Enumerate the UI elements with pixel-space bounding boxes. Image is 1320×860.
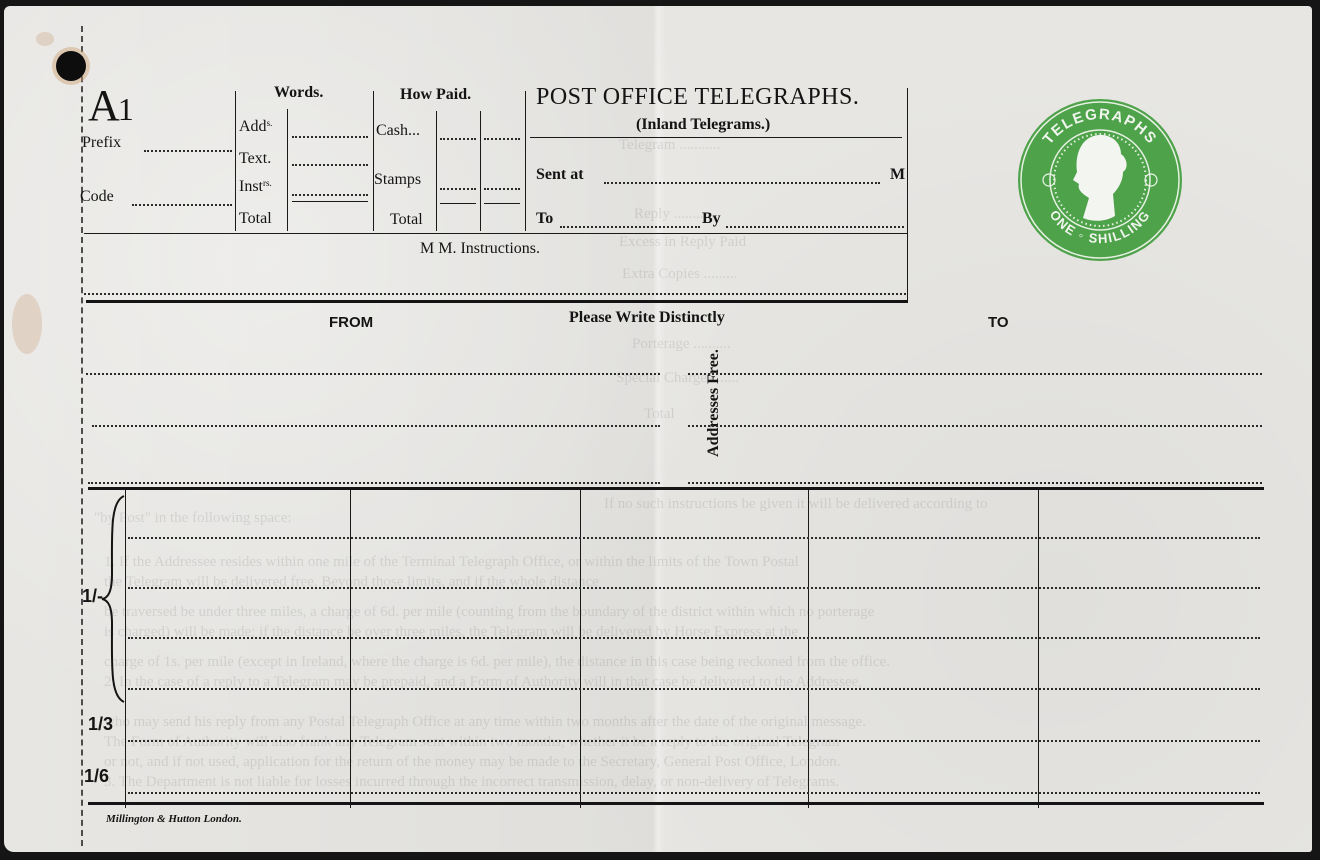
words-add-label: Adds. (239, 118, 272, 136)
words-add-field[interactable] (292, 136, 368, 138)
ghost-text: charge of 1s. per mile (except in Irelan… (104, 654, 890, 671)
ghost-text: or not, and if not used, application for… (104, 754, 840, 771)
rate-label: 1/6 (84, 766, 109, 787)
ghost-text: 1. If the Addressee resides within one m… (104, 554, 799, 571)
divider (235, 91, 236, 231)
sent-at-label: Sent at (536, 166, 584, 184)
words-inst-label: Instrs. (239, 178, 272, 196)
code-field[interactable] (132, 204, 232, 206)
divider (440, 203, 476, 204)
words-total-label: Total (239, 210, 272, 228)
message-line-2[interactable] (128, 587, 1260, 589)
form-title: POST OFFICE TELEGRAPHS. (536, 84, 859, 111)
thick-rule (88, 802, 1264, 805)
words-text-field[interactable] (292, 164, 368, 166)
sent-at-field[interactable] (604, 182, 880, 184)
addresses-free-label: Addresses Free. (705, 323, 723, 483)
ghost-text: who may send his reply from any Postal T… (104, 714, 866, 731)
thick-rule (86, 300, 908, 303)
message-line-3[interactable] (128, 637, 1260, 639)
embossed-stamp: TELEGRAPHS ONE ◦ SHILLING (1017, 98, 1183, 262)
stamps-field-1[interactable] (440, 188, 476, 190)
please-write-distinctly: Please Write Distinctly (569, 309, 725, 327)
to-address-label: TO (988, 314, 1009, 331)
ghost-text: The Form of Authority will also frank an… (104, 734, 840, 751)
by-field[interactable] (726, 226, 904, 228)
divider (373, 91, 374, 231)
from-line-2[interactable] (92, 425, 660, 427)
rate-label: 1/- (82, 586, 103, 607)
ghost-text: 3. The Department is not liable for loss… (104, 774, 839, 791)
to-label: To (536, 210, 553, 228)
ghost-text: Extra Copies ......... (622, 266, 737, 283)
divider (484, 203, 520, 204)
telegram-form-paper: Telegram ........... Reply ........... E… (4, 6, 1312, 852)
to-line-1[interactable] (688, 373, 1262, 375)
stamps-label: Stamps (374, 171, 421, 189)
grid-column-divider (125, 490, 126, 808)
words-text-label: Text. (239, 150, 271, 168)
thick-rule (88, 487, 1264, 490)
stain (12, 294, 42, 354)
ghost-text: Total (644, 406, 675, 423)
from-line-3[interactable] (88, 482, 660, 484)
divider (530, 137, 902, 138)
words-heading: Words. (274, 84, 323, 102)
message-line-1[interactable] (128, 537, 1260, 539)
form-subtitle: (Inland Telegrams.) (636, 116, 770, 134)
divider (292, 201, 368, 202)
header-bottom-rule (84, 233, 908, 234)
ghost-text: Telegram ........... (619, 137, 720, 154)
mm-instructions-label: M M. Instructions. (420, 240, 540, 258)
by-label: By (702, 210, 721, 228)
prefix-label: Prefix (82, 134, 121, 152)
rate-brace (100, 494, 128, 704)
how-paid-heading: How Paid. (400, 86, 471, 104)
to-line-3[interactable] (688, 482, 1262, 484)
from-line-1[interactable] (86, 373, 660, 375)
message-line-5[interactable] (128, 740, 1260, 742)
code-label: Code (80, 188, 114, 206)
sent-at-suffix: M (890, 166, 905, 184)
mm-instructions-field[interactable] (84, 293, 906, 295)
message-line-4[interactable] (128, 688, 1260, 690)
divider (436, 111, 437, 231)
stamps-field-2[interactable] (484, 188, 520, 190)
form-code: A1 (88, 80, 132, 131)
paid-total-label: Total (390, 211, 423, 229)
to-field[interactable] (560, 226, 700, 228)
cash-field-2[interactable] (484, 138, 520, 140)
cash-label: Cash... (376, 122, 420, 140)
divider (907, 88, 908, 303)
punch-hole (56, 51, 86, 81)
ghost-text: Excess in Reply Paid (619, 234, 746, 251)
prefix-field[interactable] (144, 150, 232, 152)
from-label: FROM (329, 314, 373, 331)
ghost-text: be traversed be under three miles, a cha… (104, 604, 874, 621)
message-line-6[interactable] (128, 792, 1260, 794)
divider (480, 111, 481, 231)
to-line-2[interactable] (688, 425, 1262, 427)
divider (525, 91, 526, 231)
stain (36, 32, 54, 46)
ghost-text: If no such instructions be given it will… (604, 496, 988, 513)
rate-label: 1/3 (88, 714, 113, 735)
cash-field-1[interactable] (440, 138, 476, 140)
printer-imprint: Millington & Hutton London. (106, 813, 242, 825)
divider (287, 109, 288, 231)
words-inst-field[interactable] (292, 194, 368, 196)
